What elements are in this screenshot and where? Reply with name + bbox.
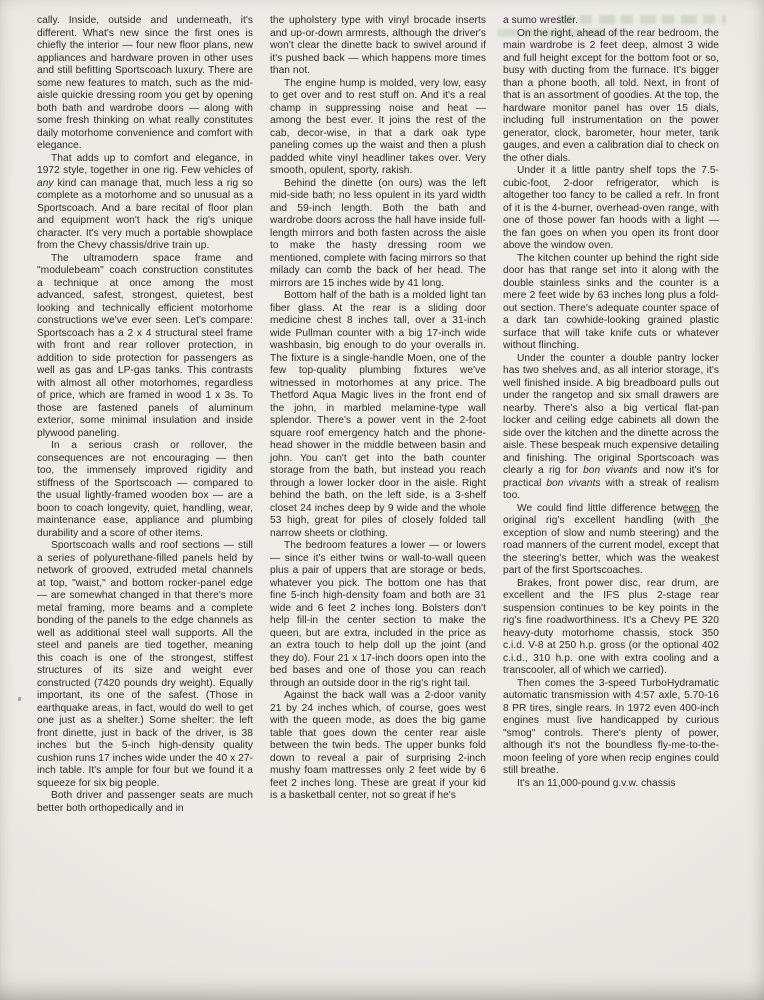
article-body: cally. Inside, outside and underneath, i… bbox=[37, 15, 719, 815]
paragraph: It's an 11,000-pound g.v.w. chassis bbox=[503, 778, 719, 791]
article-column-right: a sumo wrestler.On the right, ahead of t… bbox=[503, 15, 719, 815]
paragraph: On the right, ahead of the rear bedroom,… bbox=[503, 28, 719, 166]
paragraph: Sportscoach walls and roof sections — st… bbox=[37, 540, 253, 790]
paragraph: That adds up to comfort and elegance, in… bbox=[37, 153, 253, 253]
paragraph: Then comes the 3-speed TurboHydramatic a… bbox=[503, 678, 719, 778]
paragraph: a sumo wrestler. bbox=[503, 15, 719, 28]
scanned-magazine-page: { "colors": { "paper": "#eceae5", "ink":… bbox=[0, 0, 764, 1000]
paragraph: The bedroom features a lower — or lowers… bbox=[270, 540, 486, 690]
article-column-left: cally. Inside, outside and underneath, i… bbox=[37, 15, 253, 815]
paragraph: The ultramodern space frame and "moduleb… bbox=[37, 253, 253, 441]
paragraph: the upholstery type with vinyl brocade i… bbox=[270, 15, 486, 78]
paper-background: cally. Inside, outside and underneath, i… bbox=[0, 0, 764, 1000]
paragraph: Both driver and passenger seats are much… bbox=[37, 790, 253, 815]
paragraph: Under it a little pantry shelf tops the … bbox=[503, 165, 719, 253]
paragraph: Brakes, front power disc, rear drum, are… bbox=[503, 578, 719, 678]
paragraph: We could find little difference between … bbox=[503, 503, 719, 578]
paragraph: Under the counter a double pantry locker… bbox=[503, 353, 719, 503]
paragraph: The kitchen counter up behind the right … bbox=[503, 253, 719, 353]
paragraph: Bottom half of the bath is a molded ligh… bbox=[270, 290, 486, 540]
paragraph: Against the back wall was a 2-door vanit… bbox=[270, 690, 486, 803]
paragraph: cally. Inside, outside and underneath, i… bbox=[37, 15, 253, 153]
scan-speck bbox=[17, 697, 21, 702]
article-column-middle: the upholstery type with vinyl brocade i… bbox=[270, 15, 486, 815]
paragraph: Behind the dinette (on ours) was the lef… bbox=[270, 178, 486, 291]
paragraph: In a serious crash or rollover, the cons… bbox=[37, 440, 253, 540]
paragraph: The engine hump is molded, very low, eas… bbox=[270, 78, 486, 178]
